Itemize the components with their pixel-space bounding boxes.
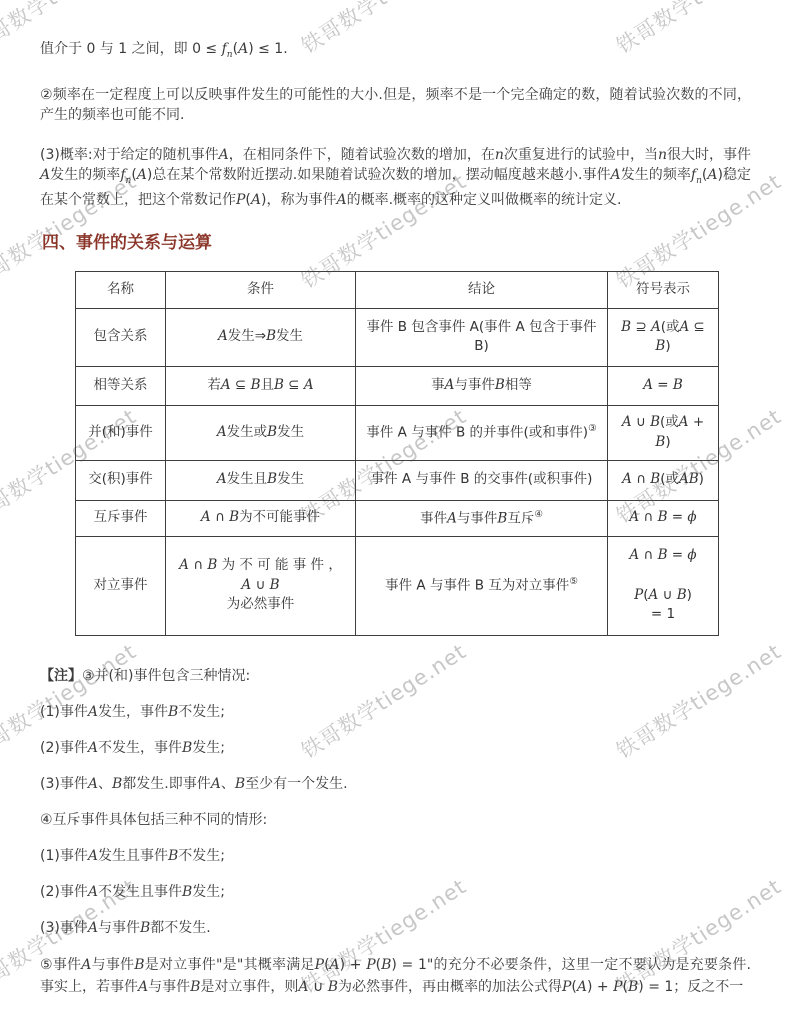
cell-name: 交(积)事件: [76, 460, 166, 500]
cell-condition: A发生⇒B发生: [166, 308, 356, 366]
cell-condition: 若A ⊆ B且B ⊆ A: [166, 366, 356, 405]
note4-item-2: (2)事件A不发生且事件B发生;: [40, 882, 751, 902]
table-row-complementary: 对立事件 A ∩ B 为 不 可 能 事 件 ，A ∪ B为必然事件 事件 A …: [76, 536, 719, 635]
notes-section: 【注】③并(和)事件包含三种情况: (1)事件A发生，事件B不发生; (2)事件…: [40, 666, 751, 998]
table-row-intersection: 交(积)事件 A发生且B发生 事件 A 与事件 B 的交事件(或积事件) A ∩…: [76, 460, 719, 500]
cell-condition: A ∩ B为不可能事件: [166, 500, 356, 536]
event-relations-table: 名称 条件 结论 符号表示 包含关系 A发生⇒B发生 事件 B 包含事件 A(事…: [75, 271, 719, 636]
cell-conclusion: 事件 A 与事件 B 的并事件(或和事件)③: [356, 405, 608, 460]
frequency-note-paragraph: ②频率在一定程度上可以反映事件发生的可能性的大小.但是，频率不是一个完全确定的数…: [40, 86, 751, 125]
note3-item-1: (1)事件A发生，事件B不发生;: [40, 702, 751, 722]
cell-symbol: A ∩ B = ϕ: [608, 500, 719, 536]
header-name: 名称: [76, 271, 166, 308]
header-condition: 条件: [166, 271, 356, 308]
cell-name: 包含关系: [76, 308, 166, 366]
cell-symbol: A ∩ B(或AB): [608, 460, 719, 500]
note3-item-2: (2)事件A不发生，事件B发生;: [40, 738, 751, 758]
note4-title: ④互斥事件具体包括三种不同的情形:: [40, 810, 751, 830]
cell-name: 相等关系: [76, 366, 166, 405]
cell-conclusion: 事件 B 包含事件 A(事件 A 包含于事件 B): [356, 308, 608, 366]
table-row-mutually-exclusive: 互斥事件 A ∩ B为不可能事件 事件A与事件B互斥④ A ∩ B = ϕ: [76, 500, 719, 536]
cell-name: 互斥事件: [76, 500, 166, 536]
note3-title: 【注】③并(和)事件包含三种情况:: [40, 666, 751, 686]
page-content: 值介于 0 与 1 之间，即 0 ≤ fn(A) ≤ 1. ②频率在一定程度上可…: [0, 0, 791, 998]
cell-name: 并(和)事件: [76, 405, 166, 460]
header-conclusion: 结论: [356, 271, 608, 308]
probability-definition-paragraph: (3)概率:对于给定的随机事件A，在相同条件下，随着试验次数的增加，在n次重复进…: [40, 146, 751, 210]
cell-symbol: A ∩ B = ϕP(A ∪ B)= 1: [608, 536, 719, 635]
cell-symbol: A = B: [608, 366, 719, 405]
cell-conclusion: 事件 A 与事件 B 的交事件(或积事件): [356, 460, 608, 500]
cell-condition: A发生且B发生: [166, 460, 356, 500]
cell-conclusion: 事A与事件B相等: [356, 366, 608, 405]
section-heading: 四、事件的关系与运算: [42, 233, 751, 253]
cell-conclusion: 事件A与事件B互斥④: [356, 500, 608, 536]
cell-condition: A发生或B发生: [166, 405, 356, 460]
cell-conclusion: 事件 A 与事件 B 互为对立事件⑤: [356, 536, 608, 635]
table-row-union: 并(和)事件 A发生或B发生 事件 A 与事件 B 的并事件(或和事件)③ A …: [76, 405, 719, 460]
table-row-inclusion: 包含关系 A发生⇒B发生 事件 B 包含事件 A(事件 A 包含于事件 B) B…: [76, 308, 719, 366]
intro-line: 值介于 0 与 1 之间，即 0 ≤ fn(A) ≤ 1.: [40, 40, 751, 65]
note4-item-3: (3)事件A与事件B都不发生.: [40, 918, 751, 938]
cell-condition: A ∩ B 为 不 可 能 事 件 ，A ∪ B为必然事件: [166, 536, 356, 635]
cell-symbol: A ∪ B(或A + B): [608, 405, 719, 460]
table-header-row: 名称 条件 结论 符号表示: [76, 271, 719, 308]
cell-symbol: B ⊇ A(或A ⊆ B): [608, 308, 719, 366]
cell-name: 对立事件: [76, 536, 166, 635]
document-page: 铁哥数学tiege.net铁哥数学tiege.net铁哥数学tiege.net铁…: [0, 0, 791, 1024]
note4-item-1: (1)事件A发生且事件B不发生;: [40, 846, 751, 866]
table-row-equality: 相等关系 若A ⊆ B且B ⊆ A 事A与事件B相等 A = B: [76, 366, 719, 405]
header-symbol: 符号表示: [608, 271, 719, 308]
note3-item-3: (3)事件A、B都发生.即事件A、B至少有一个发生.: [40, 774, 751, 794]
note5-paragraph: ⑤事件A与事件B是对立事件"是"其概率满足P(A) + P(B) = 1"的充分…: [40, 954, 751, 998]
